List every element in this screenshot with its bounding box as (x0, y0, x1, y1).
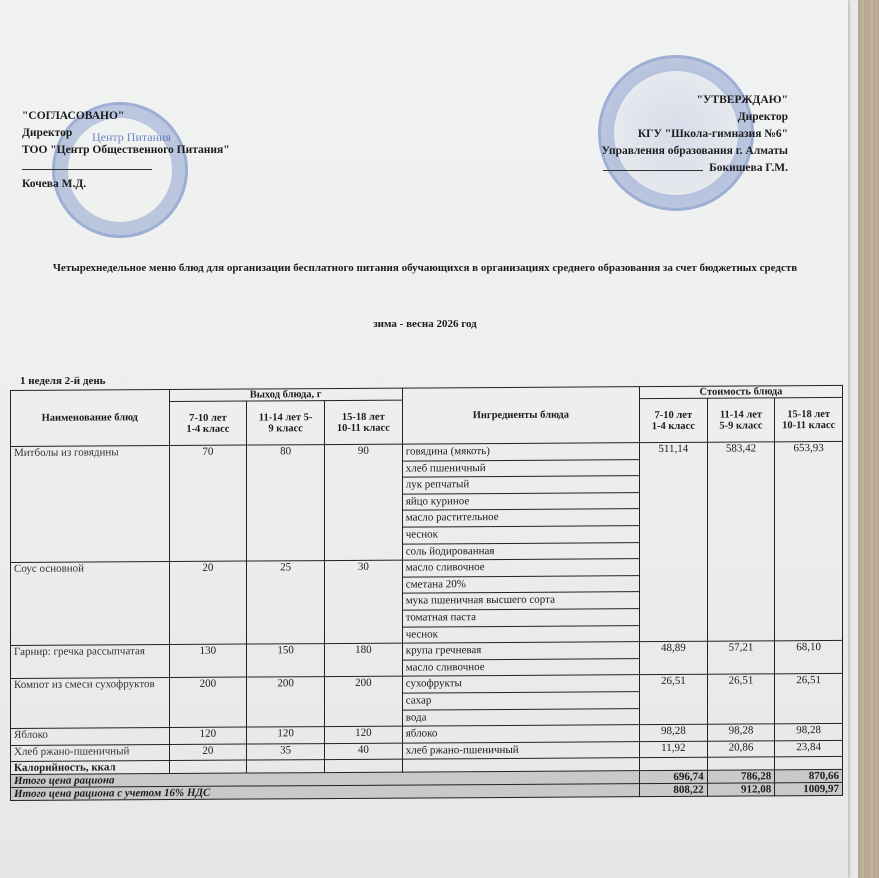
ingredient: лук репчатый (402, 476, 639, 494)
total-value: 870,66 (775, 770, 843, 783)
total-value: 786,28 (707, 770, 775, 783)
ingredient: хлеб ржано-пшеничный (402, 741, 639, 759)
ingredient: чеснок (402, 526, 639, 544)
left-approval-organization: ТОО "Центр Общественного Питания" (22, 142, 230, 159)
total-value: 696,74 (640, 771, 708, 784)
output-grams: 35 (247, 743, 325, 760)
dish-cost: 653,93 (775, 441, 843, 641)
ingredient: вода (402, 708, 639, 726)
output-grams: 30 (324, 560, 402, 643)
document-title: Четырехнедельное меню блюд для организац… (30, 260, 820, 277)
dish-name: Соус основной (11, 562, 170, 646)
document-page: Центр Питания "СОГЛАСОВАНО" Директор ТОО… (0, 0, 848, 878)
menu-table: Наименование блюд Выход блюда, г Ингреди… (10, 385, 843, 801)
ingredient: яйцо куриное (402, 492, 639, 510)
dish-cost: 26,51 (707, 674, 775, 724)
output-grams: 40 (324, 743, 402, 760)
dish-name: Яблоко (11, 728, 170, 746)
dish-name: Митболы из говядины (11, 446, 170, 563)
output-grams: 90 (324, 444, 402, 561)
total-vat-value: 912,08 (707, 783, 775, 796)
right-approval-department: Управления образования г. Алматы (602, 143, 788, 160)
header-output-group-2: 11-14 лет 5-9 класс (247, 401, 325, 445)
empty-cell (169, 760, 247, 773)
left-approval-name: Кочева М.Д. (22, 176, 230, 193)
ingredient: хлеб пшеничный (402, 459, 639, 477)
right-approval-heading: "УТВЕРЖДАЮ" (602, 92, 788, 109)
dish-cost: 98,28 (707, 724, 775, 741)
ingredient: яблоко (402, 725, 639, 743)
right-approval-name: Бокишева Г.М. (709, 162, 788, 174)
empty-cell (247, 760, 325, 773)
header-ingredients: Ингредиенты блюда (402, 387, 639, 444)
dish-cost: 48,89 (640, 641, 708, 675)
ingredient: сметана 20% (402, 575, 639, 593)
season-subtitle: зима - весна 2026 год (30, 318, 820, 330)
right-approval-organization: КГУ "Школа-гимназия №6" (602, 126, 788, 143)
dish-cost: 583,42 (707, 442, 775, 642)
dish-cost: 23,84 (775, 740, 843, 757)
output-grams: 200 (324, 676, 402, 726)
ingredient: говядина (мякоть) (402, 443, 639, 461)
header-output-group-3: 15-18 лет10-11 класс (324, 400, 402, 444)
dish-cost: 98,28 (640, 724, 708, 741)
dish-cost: 26,51 (640, 675, 708, 725)
dish-name: Компот из смеси сухофруктов (11, 678, 170, 729)
output-grams: 20 (169, 744, 247, 761)
day-label: 1 неделя 2-й день (20, 375, 106, 387)
dish-cost: 26,51 (775, 674, 843, 724)
calories-label: Калорийность, ккал (11, 761, 170, 775)
total-vat-value: 808,22 (640, 784, 708, 797)
output-grams: 20 (169, 561, 247, 644)
output-grams: 120 (169, 727, 247, 744)
ingredient: сахар (402, 692, 639, 710)
dish-cost: 98,28 (775, 724, 843, 741)
header-cost-group-3: 15-18 лет10-11 класс (775, 397, 843, 441)
ingredient: масло растительное (402, 509, 639, 527)
ingredient: крупа гречневая (402, 642, 639, 660)
dish-cost: 20,86 (707, 741, 775, 758)
dish-cost: 57,21 (707, 641, 775, 675)
ingredient: томатная паста (402, 609, 639, 627)
output-grams: 200 (169, 677, 247, 727)
left-signature-line (22, 159, 152, 170)
ingredient: масло сливочное (402, 559, 639, 577)
left-approval-position: Директор (22, 125, 230, 142)
header-output-group-1: 7-10 лет1-4 класс (169, 401, 247, 445)
ingredient: мука пшеничная высшего сорта (402, 592, 639, 610)
empty-cell (707, 757, 775, 770)
dish-name: Хлеб ржано-пшеничный (11, 744, 170, 762)
ingredient: сухофрукты (402, 675, 639, 693)
dish-cost: 68,10 (775, 641, 843, 675)
left-approval-block: "СОГЛАСОВАНО" Директор ТОО "Центр Общест… (22, 108, 230, 193)
header-cost-group-2: 11-14 лет5-9 класс (707, 398, 775, 442)
dish-cost: 511,14 (640, 442, 708, 642)
ingredient: чеснок (402, 625, 639, 643)
dish-name: Гарнир: гречка рассыпчатая (11, 645, 170, 679)
total-vat-value: 1009,97 (775, 783, 843, 796)
empty-cell (640, 758, 708, 771)
output-grams: 180 (324, 643, 402, 677)
header-cost-group-1: 7-10 лет1-4 класс (640, 398, 708, 442)
empty-cell (324, 759, 402, 772)
output-grams: 150 (247, 644, 325, 678)
ingredient: соль йодированная (402, 542, 639, 560)
output-grams: 130 (169, 644, 247, 678)
dish-cost: 11,92 (640, 741, 708, 758)
output-grams: 25 (247, 561, 325, 644)
header-dish-name: Наименование блюд (11, 390, 170, 447)
output-grams: 120 (324, 726, 402, 743)
right-approval-block: "УТВЕРЖДАЮ" Директор КГУ "Школа-гимназия… (602, 92, 788, 177)
output-grams: 120 (247, 727, 325, 744)
right-approval-position: Директор (602, 109, 788, 126)
output-grams: 70 (169, 445, 247, 562)
output-grams: 200 (247, 677, 325, 727)
left-approval-heading: "СОГЛАСОВАНО" (22, 108, 230, 125)
empty-cell (775, 757, 843, 770)
right-signature-line (603, 160, 703, 171)
ingredient: масло сливочное (402, 658, 639, 676)
output-grams: 80 (247, 445, 325, 562)
